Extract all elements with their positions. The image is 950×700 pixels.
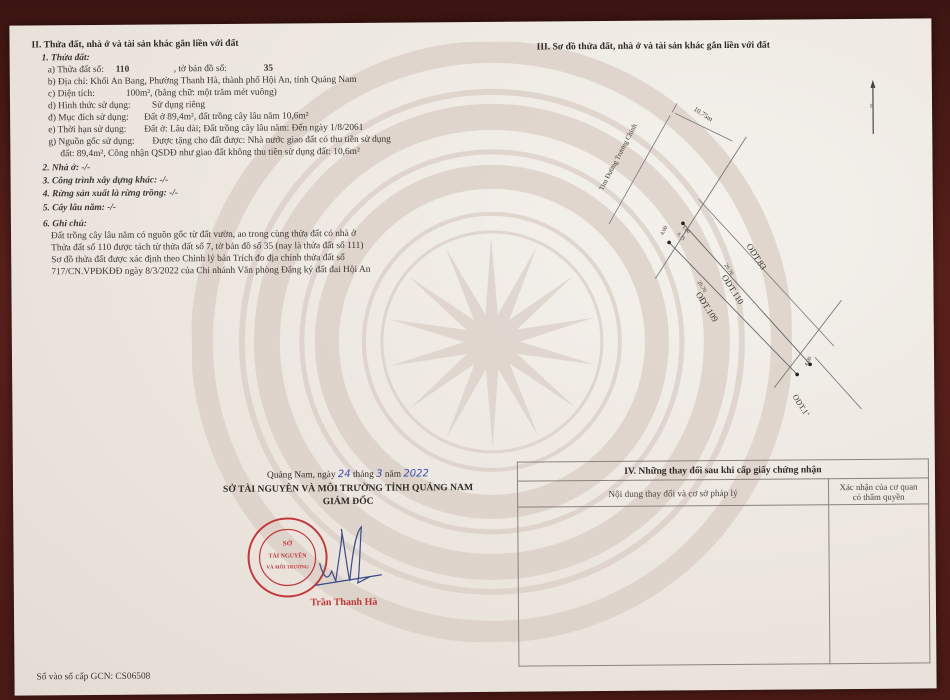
svg-text:ODT.83: ODT.83 <box>744 242 768 272</box>
changes-table: IV. Những thay đổi sau khi cấp giấy chứn… <box>517 458 931 666</box>
notes-heading: 6. Ghi chú: <box>43 218 87 230</box>
svg-text:TÀI NGUYÊN: TÀI NGUYÊN <box>268 551 307 559</box>
changes-column-header: Nội dung thay đổi và cơ sở pháp lý <box>517 479 828 507</box>
parcel-number-label: a) Thửa đất số: <box>48 65 104 75</box>
svg-text:4.00: 4.00 <box>804 356 814 368</box>
other-works-row: 3. Công trình xây dựng khác: -/- <box>43 174 169 187</box>
map-sheet-label: , tờ bản đồ số: <box>174 63 227 76</box>
area-value: 100m², (bằng chữ: một trăm mét vuông) <box>126 87 277 100</box>
changes-content-cell <box>518 505 830 666</box>
parcel-number-row: a) Thửa đất số: 110 , tờ bản đồ số: 35 <box>10 64 107 77</box>
usage-origin-label: g) Nguồn gốc sử dụng: <box>48 137 134 148</box>
svg-text:B: B <box>870 104 874 110</box>
signer-position: GIÁM ĐỐC <box>173 495 523 509</box>
note-line: 717/CN.VPĐKĐĐ ngày 8/3/2022 của Chi nhán… <box>51 264 370 279</box>
registry-number: Số vào sổ cấp GCN: CS06508 <box>36 671 150 684</box>
house-row: 2. Nhà ở: -/- <box>42 162 90 174</box>
authority-column-header: Xác nhận của cơ quan có thẩm quyền <box>828 478 928 505</box>
usage-term-row: e) Thời hạn sử dụng: Đất ở: Lâu dài; Đất… <box>10 124 126 137</box>
day-handwritten: 24 <box>338 469 351 480</box>
parcel-diagram: B Tim Đường Trương Chính 10.75m 4.00 1.0… <box>550 73 933 416</box>
perennial-row: 5. Cây lâu năm: -/- <box>43 202 116 215</box>
year-handwritten: 2022 <box>403 468 429 479</box>
usage-purpose-row: đ) Mục đích sử dụng: Đất ở 89,4m², đất t… <box>10 112 129 125</box>
usage-origin-row: g) Nguồn gốc sử dụng: Được tặng cho đất … <box>10 136 134 149</box>
parcel-number-value: 110 <box>116 64 130 76</box>
section-2-title: II. Thửa đất, nhà ở và tài sản khác gắn … <box>31 38 238 52</box>
signature-scribble-icon <box>313 523 384 594</box>
usage-purpose-label: đ) Mục đích sử dụng: <box>48 113 129 124</box>
issuing-agency: SỞ TÀI NGUYÊN VÀ MÔI TRƯỜNG TỈNH QUẢNG N… <box>173 482 523 496</box>
svg-text:VÀ MÔI TRƯỜNG: VÀ MÔI TRƯỜNG <box>266 564 309 570</box>
usage-origin-value-cont: đất: 89,4m², Công nhận QSDĐ như giao đất… <box>60 146 359 160</box>
svg-text:ODT.109: ODT.109 <box>694 290 721 324</box>
authority-confirmation-cell <box>829 504 930 664</box>
usage-form-value: Sử dụng riêng <box>152 99 205 112</box>
svg-text:ODT.111: ODT.111 <box>791 393 814 417</box>
usage-form-label: d) Hình thức sử dụng: <box>48 101 131 112</box>
area-label: c) Diện tích: <box>48 89 95 99</box>
usage-form-row: d) Hình thức sử dụng: Sử dụng riêng <box>10 100 131 113</box>
area-row: c) Diện tích: 100m², (bằng chữ: một trăm… <box>10 88 95 101</box>
svg-text:10.75m: 10.75m <box>692 105 715 123</box>
svg-text:SỞ: SỞ <box>283 539 293 547</box>
usage-term-label: e) Thời hạn sử dụng: <box>48 125 126 136</box>
signer-name: Trần Thanh Hà <box>274 596 414 608</box>
section-3-title: III. Sơ đồ thửa đất, nhà ở và tài sản kh… <box>537 40 770 54</box>
land-certificate-page: II. Thửa đất, nhà ở và tài sản khác gắn … <box>9 18 936 695</box>
map-sheet-value: 35 <box>264 63 273 75</box>
forest-row: 4. Rừng sản xuất là rừng trồng: -/- <box>43 187 178 200</box>
land-heading: 1. Thửa đất: <box>42 52 90 64</box>
svg-text:4.00: 4.00 <box>660 225 670 237</box>
north-arrow-icon: B <box>870 80 876 134</box>
place-date: Quảng Nam, ngày 24 tháng 3 năm 2022 <box>183 468 513 482</box>
month-handwritten: 3 <box>376 469 382 480</box>
